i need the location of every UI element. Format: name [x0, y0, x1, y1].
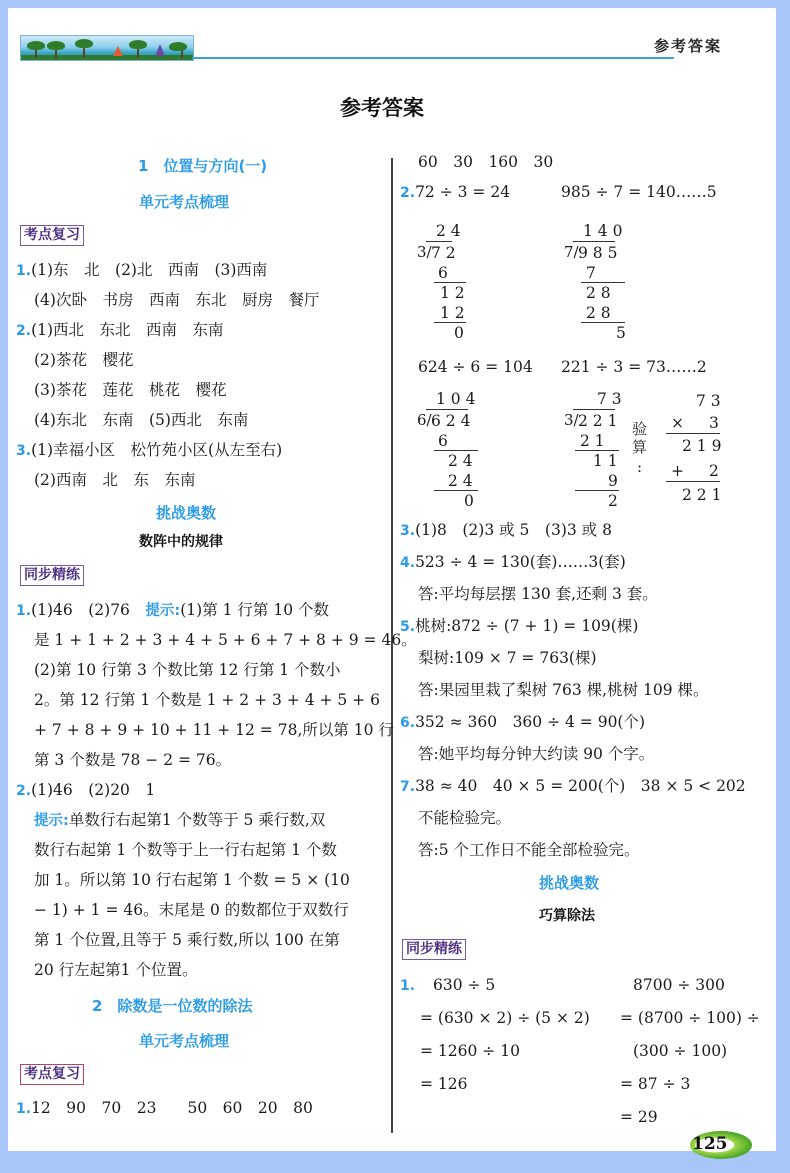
step: 1 2: [440, 284, 465, 302]
quotient: 2 4: [436, 222, 461, 240]
result: 2 2 1: [682, 486, 721, 504]
unit1-item-2: 2.(1)西北 东北 西南 东南: [16, 320, 224, 341]
answer-page: 参考答案 参考答案 1 位置与方向(一) 单元考点梳理 考点复习 1.(1)东 …: [8, 8, 776, 1151]
quotient: 1 4 0: [583, 222, 622, 240]
practice-item-2-line: 数行右起第 1 个数等于上一行右起第 1 个数: [34, 840, 337, 860]
calc-right-line: = (8700 ÷ 100) ÷: [620, 1008, 760, 1028]
unit1-item-3: 3.(1)幸福小区 松竹苑小区(从左至右): [16, 440, 282, 461]
unit1-item-2-line-3: (3)茶花 莲花 桃花 樱花: [34, 380, 226, 400]
right-item-7: 7.38 ≈ 40 40 × 5 = 200(个) 38 × 5 < 202: [400, 776, 746, 797]
step: 7: [586, 264, 596, 282]
unit1-item-1-line-2: (4)次卧 书房 西南 东北 厨房 餐厅: [34, 290, 319, 310]
practice-item-2-line: − 1) + 1 = 46。末尾是 0 的数都位于双数行: [34, 900, 349, 920]
step: 6: [438, 432, 448, 450]
step: 5: [616, 324, 626, 342]
right-item-6-answer: 答:她平均每分钟大约读 90 个字。: [418, 744, 654, 764]
check-char: :: [637, 458, 642, 476]
calc-right-line: (300 ÷ 100): [633, 1041, 727, 1061]
step: 2 4: [448, 452, 473, 470]
challenge-heading-2: 挑战奥数: [539, 872, 599, 893]
calc-right-line: 8700 ÷ 300: [633, 975, 725, 995]
practice-item-2-line: 加 1。所以第 10 行右起第 1 个数 = 5 × (10: [34, 870, 350, 890]
practice-item-1-line: + 7 + 8 + 9 + 10 + 11 + 12 = 78,所以第 10 行: [34, 720, 394, 740]
right-item-5: 5.桃树:872 ÷ (7 + 1) = 109(棵): [400, 616, 638, 637]
hint-label: 提示:: [145, 603, 180, 619]
right-item-4-answer: 答:平均每层摆 130 套,还剩 3 套。: [418, 584, 658, 604]
step: 2: [608, 492, 618, 510]
practice-item-1-line: (2)第 10 行第 3 个数比第 12 行第 1 个数小: [34, 660, 341, 680]
unit1-item-2-line-2: (2)茶花 樱花: [34, 350, 133, 370]
right-item-4: 4.523 ÷ 4 = 130(套)……3(套): [400, 552, 626, 573]
step: 6: [438, 264, 448, 282]
continued-values: 60 30 160 30: [418, 152, 553, 172]
right-item-5-answer: 答:果园里栽了梨树 763 棵,桃树 109 棵。: [418, 680, 709, 700]
step: 2 8: [586, 284, 611, 302]
unit1-heading: 1 位置与方向(一): [138, 155, 267, 176]
equation-624: 624 ÷ 6 = 104: [418, 357, 533, 377]
times-sign: ×: [671, 414, 684, 432]
multiplicand: 7 3: [696, 392, 721, 410]
challenge-title-1: 数阵中的规律: [139, 531, 223, 551]
calc-right-line: = 29: [620, 1107, 658, 1127]
equation-221: 221 ÷ 3 = 73……2: [561, 357, 707, 377]
unit1-item-1: 1.(1)东 北 (2)北 西南 (3)西南: [16, 260, 267, 281]
practice-item-2: 2.(1)46 (2)20 1: [16, 780, 155, 801]
step: 2 1: [580, 432, 605, 450]
divisor: 3/: [564, 411, 579, 429]
plus-sign: +: [671, 462, 684, 480]
right-item-7-answer: 答:5 个工作日不能全部检验完。: [418, 840, 640, 860]
unit1-subheading: 单元考点梳理: [139, 191, 229, 212]
unit1-item-2-line-4: (4)东北 东南 (5)西北 东南: [34, 410, 248, 430]
practice-box-label: 同步精练: [20, 565, 84, 586]
equation-985: 985 ÷ 7 = 140……5: [561, 182, 717, 202]
product: 2 1 9: [682, 437, 721, 455]
palm-beach-banner-icon: [20, 35, 194, 61]
review-box-label-2: 考点复习: [20, 1064, 84, 1085]
divisor: 3/: [417, 243, 432, 261]
divisor: 7/: [564, 243, 579, 261]
calc-left-line: = 126: [420, 1074, 468, 1094]
step: 1 2: [440, 304, 465, 322]
practice-item-1: 1.(1)46 (2)76 提示:(1)第 1 行第 10 个数: [16, 600, 329, 621]
practice-item-2-hint: 提示:单数行右起第1 个数等于 5 乘行数,双: [34, 810, 325, 831]
review-box-label: 考点复习: [20, 225, 84, 246]
dividend: 2 2 1: [578, 412, 617, 430]
calc-left-line: = 1260 ÷ 10: [420, 1041, 520, 1061]
right-practice-1: 1.: [400, 975, 415, 996]
practice-box-label-2: 同步精练: [402, 939, 466, 960]
page-number: 125: [692, 1134, 728, 1154]
check-char: 验: [632, 420, 647, 438]
step: 0: [454, 324, 464, 342]
right-item-5-line: 梨树:109 × 7 = 763(棵): [418, 648, 597, 668]
running-title: 参考答案: [654, 35, 722, 56]
check-char: 算: [632, 438, 647, 456]
addend: 2: [709, 462, 719, 480]
calc-right-line: = 87 ÷ 3: [620, 1074, 690, 1094]
step: 9: [608, 472, 618, 490]
right-item-3: 3.(1)8 (2)3 或 5 (3)3 或 8: [400, 520, 612, 541]
dividend: 6 2 4: [431, 412, 470, 430]
unit2-subheading: 单元考点梳理: [139, 1030, 229, 1051]
quotient: 1 0 4: [436, 390, 475, 408]
step: 0: [464, 492, 474, 510]
calc-left-line: 630 ÷ 5: [433, 975, 495, 995]
practice-item-2-line: 第 1 个位置,且等于 5 乘行数,所以 100 在第: [34, 930, 340, 950]
right-item-6: 6.352 ≈ 360 360 ÷ 4 = 90(个): [400, 712, 645, 733]
calc-left-line: = (630 × 2) ÷ (5 × 2): [420, 1008, 590, 1028]
challenge-heading-1: 挑战奥数: [156, 502, 216, 523]
challenge-title-2: 巧算除法: [539, 905, 595, 925]
multiplier: 3: [709, 414, 719, 432]
step: 2 4: [448, 472, 473, 490]
step: 2 8: [586, 304, 611, 322]
practice-item-1-line: 是 1 + 1 + 2 + 3 + 4 + 5 + 6 + 7 + 8 + 9 …: [34, 630, 417, 650]
practice-item-1-line: 2。第 12 行第 1 个数是 1 + 2 + 3 + 4 + 5 + 6: [34, 690, 380, 710]
step: 1 1: [593, 452, 618, 470]
right-item-7-line: 不能检验完。: [418, 808, 511, 828]
right-item-2: 2.72 ÷ 3 = 24: [400, 182, 510, 203]
practice-item-1-line: 第 3 个数是 78 − 2 = 76。: [34, 750, 231, 770]
hint-label: 提示:: [34, 813, 69, 829]
unit2-item-1: 1.12 90 70 23 50 60 20 80: [16, 1098, 313, 1119]
unit1-item-3-line-2: (2)西南 北 东 东南: [34, 470, 195, 490]
page-title: 参考答案: [340, 92, 424, 122]
practice-item-2-line: 20 行左起第1 个位置。: [34, 960, 197, 980]
divisor: 6/: [417, 411, 432, 429]
header-rule: [192, 57, 674, 59]
unit2-heading: 2 除数是一位数的除法: [92, 995, 252, 1016]
quotient: 7 3: [597, 390, 622, 408]
dividend: 7 2: [431, 244, 456, 262]
dividend: 9 8 5: [578, 244, 617, 262]
